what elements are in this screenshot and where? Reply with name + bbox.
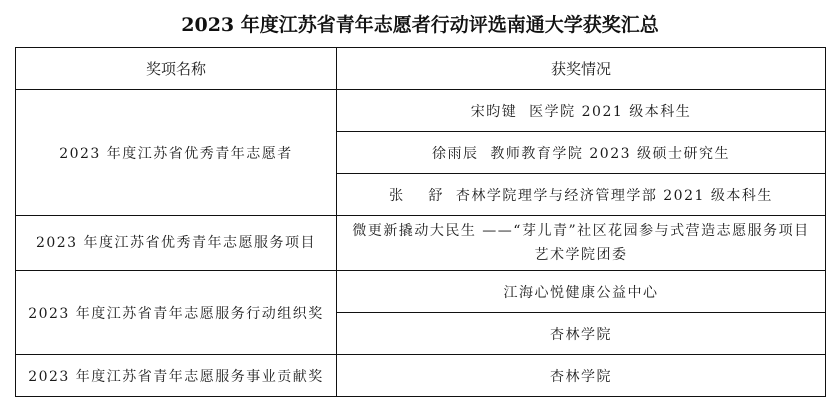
award-result-cell: 微更新撬动大民生 ——“芽儿青”社区花园参与式营造志愿服务项目 艺术学院团委 [337, 216, 826, 271]
table-row: 2023 年度江苏省优秀青年志愿服务项目 微更新撬动大民生 ——“芽儿青”社区花… [16, 216, 826, 271]
award-result-cell: 张 舒 杏林学院理学与经济管理学部 2021 级本科生 [337, 174, 826, 216]
award-name-cell: 2023 年度江苏省青年志愿服务事业贡献奖 [16, 355, 337, 397]
header-award-name: 奖项名称 [16, 48, 337, 90]
award-name-cell: 2023 年度江苏省青年志愿服务行动组织奖 [16, 271, 337, 355]
award-name-cell: 2023 年度江苏省优秀青年志愿者 [16, 90, 337, 216]
project-organizer: 艺术学院团委 [343, 243, 819, 267]
awards-table: 奖项名称 获奖情况 2023 年度江苏省优秀青年志愿者 宋昀键 医学院 2021… [15, 47, 826, 397]
project-name: 微更新撬动大民生 ——“芽儿青”社区花园参与式营造志愿服务项目 [343, 219, 819, 243]
table-header-row: 奖项名称 获奖情况 [16, 48, 826, 90]
award-result-cell: 杏林学院 [337, 355, 826, 397]
award-result-cell: 徐雨辰 教师教育学院 2023 级硕士研究生 [337, 132, 826, 174]
document-title: 2023 年度江苏省青年志愿者行动评选南通大学获奖汇总 [0, 10, 840, 37]
award-result-cell: 江海心悦健康公益中心 [337, 271, 826, 313]
table-row: 2023 年度江苏省优秀青年志愿者 宋昀键 医学院 2021 级本科生 [16, 90, 826, 132]
award-result-cell: 宋昀键 医学院 2021 级本科生 [337, 90, 826, 132]
header-award-result: 获奖情况 [337, 48, 826, 90]
award-result-cell: 杏林学院 [337, 313, 826, 355]
table-row: 2023 年度江苏省青年志愿服务行动组织奖 江海心悦健康公益中心 [16, 271, 826, 313]
table-row: 2023 年度江苏省青年志愿服务事业贡献奖 杏林学院 [16, 355, 826, 397]
award-name-cell: 2023 年度江苏省优秀青年志愿服务项目 [16, 216, 337, 271]
